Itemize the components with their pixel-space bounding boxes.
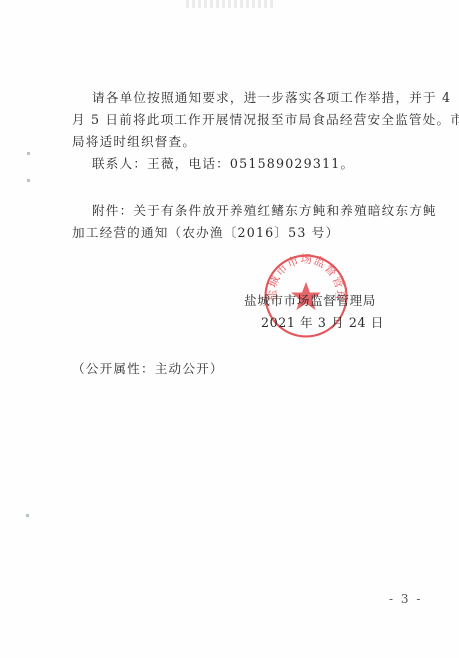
issuer-name: 盐城市市场监督管理局: [244, 294, 376, 308]
body-paragraph-line-3: 局将适时组织督查。: [72, 135, 196, 149]
issue-date: 2021 年 3 月 24 日: [261, 316, 384, 330]
contact-line: 联系人：王薇，电话：051589029311。: [92, 157, 354, 171]
page-number: - 3 -: [389, 592, 422, 606]
attachment-line-2: 加工经营的通知（农办渔〔2016〕53 号）: [72, 226, 339, 240]
scan-mark: [27, 152, 30, 155]
publicity-attribute: （公开属性：主动公开）: [72, 362, 224, 376]
body-paragraph-line-1: 请各单位按照通知要求，进一步落实各项工作举措，并于 4: [92, 91, 451, 105]
body-paragraph-line-2: 月 5 日前将此项工作开展情况报至市局食品经营安全监管处。市: [72, 113, 459, 127]
scan-bleed-through: [186, 0, 276, 8]
document-page: 请各单位按照通知要求，进一步落实各项工作举措，并于 4 月 5 日前将此项工作开…: [0, 0, 459, 658]
scan-mark: [27, 179, 30, 182]
attachment-line-1: 附件：关于有条件放开养殖红鳍东方鲀和养殖暗纹东方鲀: [92, 204, 437, 218]
scan-mark: [26, 514, 29, 517]
